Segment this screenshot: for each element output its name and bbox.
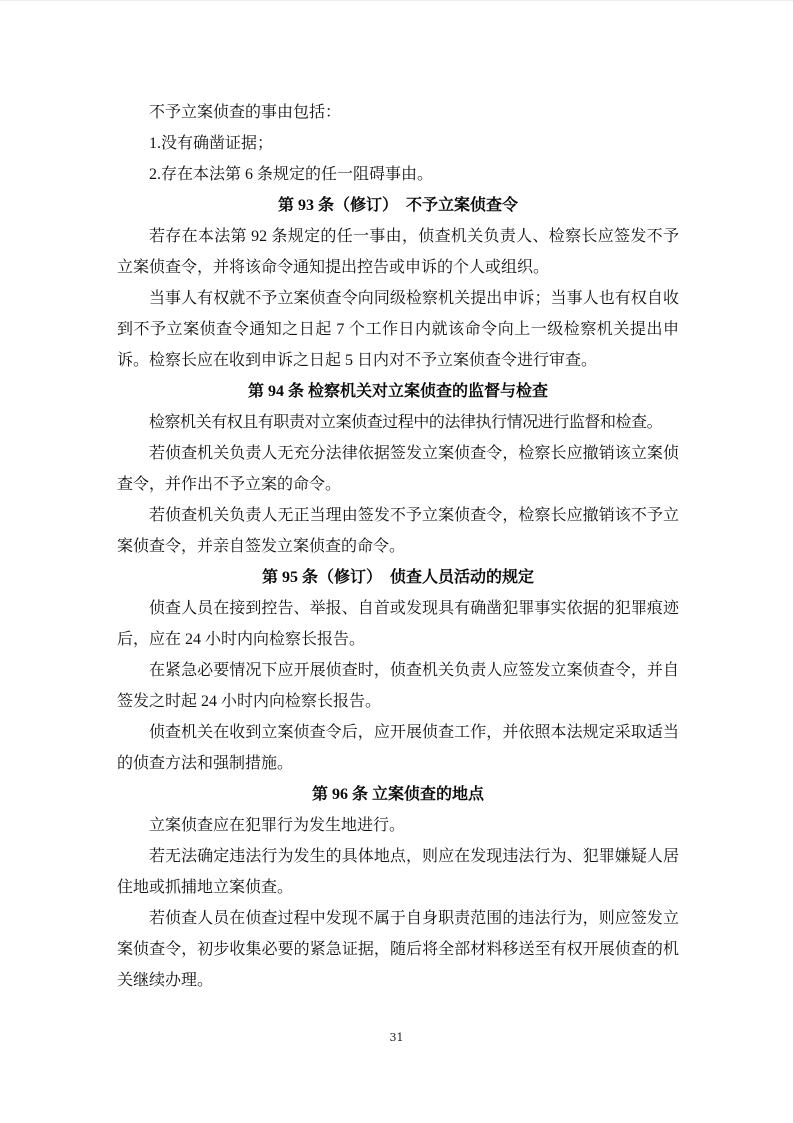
- paragraph-intro: 不予立案侦查的事由包括：: [117, 97, 679, 128]
- page-number: 31: [0, 1031, 793, 1045]
- document-body: 不予立案侦查的事由包括： 1.没有确凿证据； 2.存在本法第 6 条规定的任一阻…: [117, 97, 679, 996]
- paragraph-94-2: 若侦查机关负责人无充分法律依据签发立案侦查令，检察长应撤销该立案侦查令，并作出不…: [117, 438, 679, 500]
- paragraph-94-1: 检察机关有权且有职责对立案侦查过程中的法律执行情况进行监督和检查。: [117, 407, 679, 438]
- paragraph-93-1: 若存在本法第 92 条规定的任一事由，侦查机关负责人、检察长应签发不予立案侦查令…: [117, 221, 679, 283]
- paragraph-95-3: 侦查机关在收到立案侦查令后，应开展侦查工作，并依照本法规定采取适当的侦查方法和强…: [117, 717, 679, 779]
- paragraph-95-2: 在紧急必要情况下应开展侦查时，侦查机关负责人应签发立案侦查令，并自签发之时起 2…: [117, 655, 679, 717]
- paragraph-96-2: 若无法确定违法行为发生的具体地点，则应在发现违法行为、犯罪嫌疑人居住地或抓捕地立…: [117, 841, 679, 903]
- paragraph-95-1: 侦查人员在接到控告、举报、自首或发现具有确凿犯罪事实依据的犯罪痕迹后，应在 24…: [117, 593, 679, 655]
- paragraph-96-3: 若侦查人员在侦查过程中发现不属于自身职责范围的违法行为，则应签发立案侦查令，初步…: [117, 903, 679, 996]
- article-heading-93: 第 93 条（修订） 不予立案侦查令: [117, 190, 679, 221]
- article-heading-96: 第 96 条 立案侦查的地点: [117, 779, 679, 810]
- document-page: 不予立案侦查的事由包括： 1.没有确凿证据； 2.存在本法第 6 条规定的任一阻…: [0, 0, 793, 1123]
- list-item-1: 1.没有确凿证据；: [117, 128, 679, 159]
- paragraph-96-1: 立案侦查应在犯罪行为发生地进行。: [117, 810, 679, 841]
- article-heading-94: 第 94 条 检察机关对立案侦查的监督与检查: [117, 376, 679, 407]
- list-item-2: 2.存在本法第 6 条规定的任一阻碍事由。: [117, 159, 679, 190]
- paragraph-94-3: 若侦查机关负责人无正当理由签发不予立案侦查令，检察长应撤销该不予立案侦查令，并亲…: [117, 500, 679, 562]
- article-heading-95: 第 95 条（修订） 侦查人员活动的规定: [117, 562, 679, 593]
- paragraph-93-2: 当事人有权就不予立案侦查令向同级检察机关提出申诉；当事人也有权自收到不予立案侦查…: [117, 283, 679, 376]
